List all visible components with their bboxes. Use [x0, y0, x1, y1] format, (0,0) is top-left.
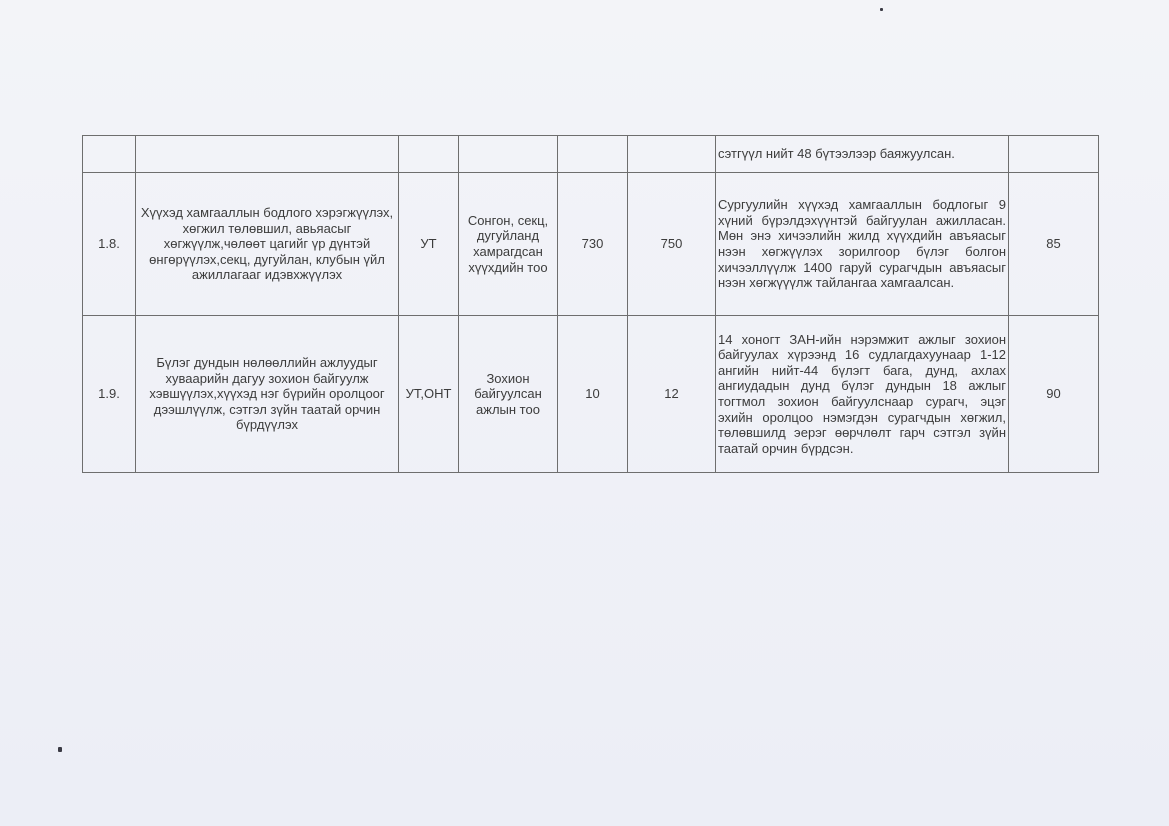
- cell-result: сэтгүүл нийт 48 бүтээлээр баяжуулсан.: [716, 136, 1009, 173]
- cell-result: 14 хоногт ЗАН-ийн нэрэмжит ажлыг зохион …: [716, 316, 1009, 473]
- table-row: 1.9. Бүлэг дундын нөлөөллийн ажлуудыг ху…: [83, 316, 1099, 473]
- scan-speck: [880, 8, 883, 11]
- cell-activity: [136, 136, 399, 173]
- cell-target: [628, 136, 716, 173]
- cell-activity: Хүүхэд хамгааллын бодлого хэрэгжүүлэх, х…: [136, 173, 399, 316]
- cell-baseline: 10: [558, 316, 628, 473]
- table-row-continuation: сэтгүүл нийт 48 бүтээлээр баяжуулсан.: [83, 136, 1099, 173]
- cell-baseline: [558, 136, 628, 173]
- cell-target: 750: [628, 173, 716, 316]
- scanned-page: сэтгүүл нийт 48 бүтээлээр баяжуулсан. 1.…: [0, 0, 1169, 826]
- cell-indicator: Зохион байгуулсан ажлын тоо: [459, 316, 558, 473]
- cell-indicator: [459, 136, 558, 173]
- cell-activity: Бүлэг дундын нөлөөллийн ажлуудыг хуваари…: [136, 316, 399, 473]
- cell-no: 1.9.: [83, 316, 136, 473]
- cell-no: [83, 136, 136, 173]
- table-row: 1.8. Хүүхэд хамгааллын бодлого хэрэгжүүл…: [83, 173, 1099, 316]
- cell-responsible: [399, 136, 459, 173]
- cell-target: 12: [628, 316, 716, 473]
- scan-speck: [58, 747, 62, 752]
- plan-report-table: сэтгүүл нийт 48 бүтээлээр баяжуулсан. 1.…: [82, 135, 1099, 473]
- cell-score: [1009, 136, 1099, 173]
- cell-responsible: УТ,ОНТ: [399, 316, 459, 473]
- cell-baseline: 730: [558, 173, 628, 316]
- cell-no: 1.8.: [83, 173, 136, 316]
- cell-indicator: Сонгон, секц, дугуйланд хамрагдсан хүүхд…: [459, 173, 558, 316]
- cell-score: 90: [1009, 316, 1099, 473]
- cell-score: 85: [1009, 173, 1099, 316]
- cell-responsible: УТ: [399, 173, 459, 316]
- cell-result: Сургуулийн хүүхэд хамгааллын бодлогыг 9 …: [716, 173, 1009, 316]
